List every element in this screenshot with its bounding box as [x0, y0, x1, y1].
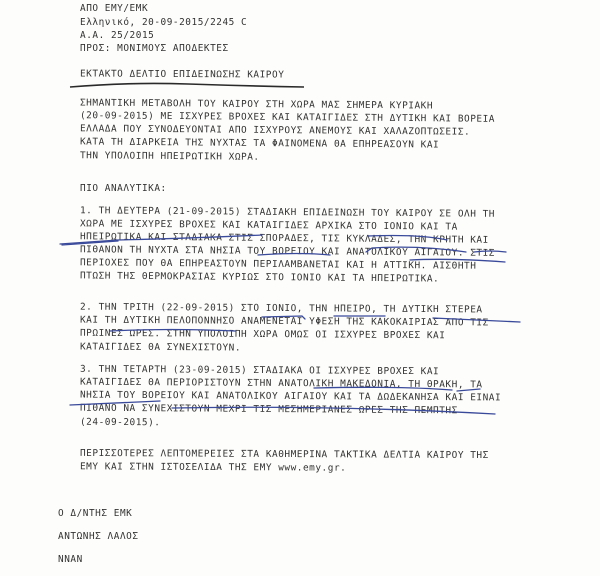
text-line: 1. ΤΗ ΔΕΥΤΕΡΑ (21-09-2015) ΣΤΑΔΙΑΚΗ ΕΠΙΔ… — [80, 205, 495, 220]
text-line: ΚΑΙ ΤΗ ΔΥΤΙΚΗ ΠΕΛΟΠΟΝΝΗΣΟ ΑΝΑΜΕΝΕΤΑΙ ΥΦΕ… — [80, 315, 489, 329]
text-line: ΧΩΡΑ ΜΕ ΙΣΧΥΡΕΣ ΒΡΟΧΕΣ ΚΑΙ ΚΑΤΑΙΓΙΔΕΣ ΑΡ… — [80, 218, 458, 232]
text-line: ΚΑΤΑ ΤΗ ΔΙΑΡΚΕΙΑ ΤΗΣ ΝΥΧΤΑΣ ΤΑ ΦΑΙΝΟΜΕΝΑ… — [80, 136, 439, 150]
text-line: ΣΗΜΑΝΤΙΚΗ ΜΕΤΑΒΟΛΗ ΤΟΥ ΚΑΙΡΟΥ ΣΤΗ ΧΩΡΑ Μ… — [80, 97, 433, 111]
text-line: ΝΗΣΙΑ ΤΟΥ ΒΟΡΕΙΟΥ ΚΑΙ ΑΝΑΤΟΛΙΚΟΥ ΑΙΓΑΙΟΥ… — [80, 390, 501, 404]
text-line: (20-09-2015) ΜΕ ΙΣΧΥΡΕΣ ΒΡΟΧΕΣ ΚΑΙ ΚΑΤΑΙ… — [80, 110, 495, 125]
document-title: ΕΚΤΑΚΤΟ ΔΕΛΤΙΟ ΕΠΙΔΕΙΝΩΣΗΣ ΚΑΙΡΟΥ — [80, 68, 284, 80]
text-line: ΠΙΘΑΝΟΝ ΤΗ ΝΥΧΤΑ ΣΤΑ ΝΗΣΙΑ ΤΟΥ ΒΟΡΕΙΟΥ Κ… — [80, 244, 495, 259]
signature-name: ΑΝΤΩΝΗΣ ΛΑΛΟΣ — [58, 531, 139, 542]
details-heading: ΠΙΟ ΑΝΑΛΥΤΙΚΑ: — [80, 183, 167, 194]
text-line: ΗΠΕΙΡΩΤΙΚΑ ΚΑΙ ΣΤΑΔΙΑΚΑ ΣΤΙΣ ΣΠΟΡΑΔΕΣ, Τ… — [80, 231, 489, 246]
text-line: ΠΕΡΙΣΣΟΤΕΡΕΣ ΛΕΠΤΟΜΕΡΕΙΕΣ ΣΤΑ ΚΑΘΗΜΕΡΙΝΑ… — [80, 448, 489, 461]
header-from: ΑΠΟ ΕΜΥ/ΕΜΚ — [80, 3, 148, 14]
text-line: ΠΙΘΑΝΟ ΝΑ ΣΥΝΕΧΙΣΤΟΥΝ ΜΕΧΡΙ ΤΙΣ ΜΕΣΗΜΕΡΙ… — [80, 403, 458, 417]
header-place-date: Ελληνικό, 20-09-2015/2245 C — [80, 17, 247, 28]
signature-code: ΝΝΑΝ — [58, 554, 83, 565]
text-line: 2. ΤΗΝ ΤΡΙΤΗ (22-09-2015) ΣΤΟ ΙΟΝΙΟ, ΤΗΝ… — [80, 302, 483, 316]
text-line: ΚΑΤΑΙΓΙΔΕΣ ΘΑ ΠΕΡΙΟΡΙΣΤΟΥΝ ΣΤΗΝ ΑΝΑΤΟΛΙΚ… — [80, 377, 483, 391]
scanned-document: ΑΠΟ ΕΜΥ/ΕΜΚ Ελληνικό, 20-09-2015/2245 C … — [0, 0, 600, 576]
pen-underlines — [0, 0, 600, 576]
text-line: (24-09-2015). — [80, 417, 161, 429]
text-line: ΕΛΛΑΔΑ ΠΟΥ ΣΥΝΟΔΕΥΟΝΤΑΙ ΑΠΟ ΙΣΧΥΡΟΥΣ ΑΝΕ… — [80, 123, 470, 137]
text-line: ΚΑΤΑΙΓΙΔΕΣ ΘΑ ΣΥΝΕΧΙΣΤΟΥΝ. — [80, 341, 241, 353]
title-underline — [68, 79, 308, 91]
text-line: ΠΡΩΙΝΕΣ ΩΡΕΣ. ΣΤΗΝ ΥΠΟΛΟΙΠΗ ΧΩΡΑ ΟΜΩΣ ΟΙ… — [80, 328, 446, 342]
signature-role: Ο Δ/ΝΤΗΣ ΕΜΚ — [58, 508, 132, 519]
header-ref: Α.Α. 25/2015 — [80, 30, 154, 41]
text-line: ΠΕΡΙΟΧΕΣ ΠΟΥ ΘΑ ΕΠΗΡΕΑΣΤΟΥΝ ΠΕΡΙΛΑΜΒΑΝΕΤ… — [80, 257, 477, 271]
text-line: ΤΗΝ ΥΠΟΛΟΙΠΗ ΗΠΕΙΡΩΤΙΚΗ ΧΩΡΑ. — [80, 150, 260, 163]
text-line: ΕΜΥ ΚΑΙ ΣΤΗΝ ΙΣΤΟΣΕΛΙΔΑ ΤΗΣ ΕΜΥ www.emy.… — [80, 461, 346, 473]
text-line: ΠΤΩΣΗ ΤΗΣ ΘΕΡΜΟΚΡΑΣΙΑΣ ΚΥΡΙΩΣ ΣΤΟ ΙΟΝΙΟ … — [80, 270, 439, 284]
text-line: 3. ΤΗΝ ΤΕΤΑΡΤΗ (23-09-2015) ΣΤΑΔΙΑΚΑ ΟΙ … — [80, 364, 439, 378]
header-to: ΠΡΟΣ: ΜΟΝΙΜΟΥΣ ΑΠΟΔΕΚΤΕΣ — [80, 43, 229, 54]
